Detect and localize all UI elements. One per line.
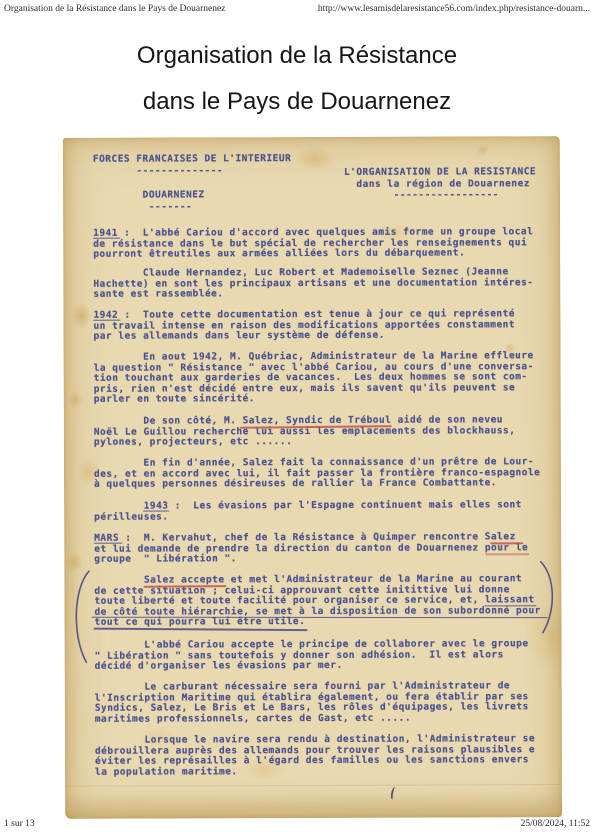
doc-paragraph-salez-accepte: Salez accepte et met l'Administrateur de…	[94, 574, 541, 629]
doc-paragraph-1942: 1942 : Toute cette documentation est ten…	[93, 309, 515, 342]
doc-paragraph-artisans: Claude Hernandez, Luc Robert et Mademois…	[93, 267, 533, 300]
scanned-document: FORCES FRANCAISES DE L'INTERIEUR -------…	[63, 136, 562, 819]
browser-print-header: Organisation de la Résistance dans le Pa…	[4, 4, 590, 14]
page-title: Organisation de la Résistancedans le Pay…	[0, 33, 594, 125]
print-header-title: Organisation de la Résistance dans le Pa…	[4, 4, 225, 14]
doc-paragraph-salez-treboul: De son côté, M. Salez, Syndic de Tréboul…	[94, 415, 516, 448]
doc-paragraph-1943: 1943 : Les évasions par l'Espagne contin…	[94, 500, 522, 523]
footer-page-number: 1 sur 13	[4, 819, 35, 829]
doc-paragraph-navire: Lorsque le navire sera rendu à destinati…	[95, 734, 535, 778]
doc-paragraph-cariou-accepte: L'abbé Cariou accepte le principe de col…	[95, 639, 529, 672]
handwritten-bracket-right	[537, 560, 559, 634]
doc-paragraph-mars: MARS : M. Kervahut, chef de la Résistanc…	[94, 532, 528, 565]
handwritten-bracket-left	[69, 570, 93, 664]
doc-paragraph-fin-annee: En fin d'année, Salez fait la connaissan…	[94, 457, 540, 490]
doc-paragraph-carburant: Le carburant nécessaire sera fourni par …	[95, 681, 529, 725]
ink-smudge-mark	[390, 786, 398, 800]
doc-paragraph-quebriac: En aout 1942, M. Québriac, Administrateu…	[94, 351, 534, 406]
paper-crease-line	[65, 784, 562, 788]
doc-header-right: L'ORGANISATION DE LA RESISTANCE dans la …	[344, 166, 536, 201]
doc-paragraph-1941: 1941 : L'abbé Cariou d'accord avec quelq…	[93, 227, 533, 260]
page-title-line-1: Organisation de la Résistance	[137, 42, 457, 69]
doc-header-left: FORCES FRANCAISES DE L'INTERIEUR -------…	[93, 153, 292, 214]
browser-print-footer: 1 sur 13 25/08/2024, 11:52	[4, 819, 590, 829]
print-header-url: http://www.lesamisdelaresistance56.com/i…	[318, 4, 590, 14]
page-title-line-2: dans le Pays de Douarnenez	[143, 88, 451, 115]
footer-timestamp: 25/08/2024, 11:52	[521, 819, 590, 829]
